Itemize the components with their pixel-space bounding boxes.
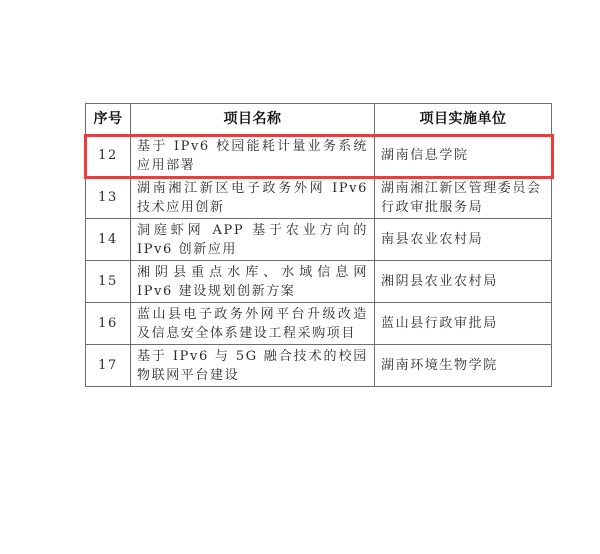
cell-implementing-unit: 蓝山县行政审批局 [375, 303, 552, 345]
table-row: 16 蓝山县电子政务外网平台升级改造及信息安全体系建设工程采购项目 蓝山县行政审… [86, 303, 552, 345]
cell-project-name: 洞庭虾网 APP 基于农业方向的 IPv6 创新应用 [131, 219, 375, 261]
table-row: 12 基于 IPv6 校园能耗计量业务系统应用部署 湖南信息学院 [86, 135, 552, 177]
cell-implementing-unit: 南县农业农村局 [375, 219, 552, 261]
cell-serial-no: 14 [86, 219, 131, 261]
table-row: 14 洞庭虾网 APP 基于农业方向的 IPv6 创新应用 南县农业农村局 [86, 219, 552, 261]
document-page: 序号 项目名称 项目实施单位 12 基于 IPv6 校园能耗计量业务系统应用部署… [0, 0, 600, 554]
cell-project-name: 基于 IPv6 校园能耗计量业务系统应用部署 [131, 135, 375, 177]
header-project-name: 项目名称 [131, 104, 375, 135]
project-table: 序号 项目名称 项目实施单位 12 基于 IPv6 校园能耗计量业务系统应用部署… [85, 103, 552, 387]
table-row: 13 湖南湘江新区电子政务外网 IPv6 技术应用创新 湖南湘江新区管理委员会行… [86, 177, 552, 219]
header-implementing-unit: 项目实施单位 [375, 104, 552, 135]
table-header-row: 序号 项目名称 项目实施单位 [86, 104, 552, 135]
cell-serial-no: 15 [86, 261, 131, 303]
cell-project-name: 基于 IPv6 与 5G 融合技术的校园物联网平台建设 [131, 345, 375, 387]
header-serial-no: 序号 [86, 104, 131, 135]
cell-serial-no: 16 [86, 303, 131, 345]
cell-serial-no: 17 [86, 345, 131, 387]
cell-project-name: 湘阴县重点水库、水域信息网 IPv6 建设规划创新方案 [131, 261, 375, 303]
cell-implementing-unit: 湖南湘江新区管理委员会行政审批服务局 [375, 177, 552, 219]
table-row: 17 基于 IPv6 与 5G 融合技术的校园物联网平台建设 湖南环境生物学院 [86, 345, 552, 387]
cell-serial-no: 13 [86, 177, 131, 219]
cell-implementing-unit: 湘阴县农业农村局 [375, 261, 552, 303]
cell-implementing-unit: 湖南信息学院 [375, 135, 552, 177]
cell-project-name: 湖南湘江新区电子政务外网 IPv6 技术应用创新 [131, 177, 375, 219]
table-row: 15 湘阴县重点水库、水域信息网 IPv6 建设规划创新方案 湘阴县农业农村局 [86, 261, 552, 303]
cell-implementing-unit: 湖南环境生物学院 [375, 345, 552, 387]
cell-serial-no: 12 [86, 135, 131, 177]
cell-project-name: 蓝山县电子政务外网平台升级改造及信息安全体系建设工程采购项目 [131, 303, 375, 345]
